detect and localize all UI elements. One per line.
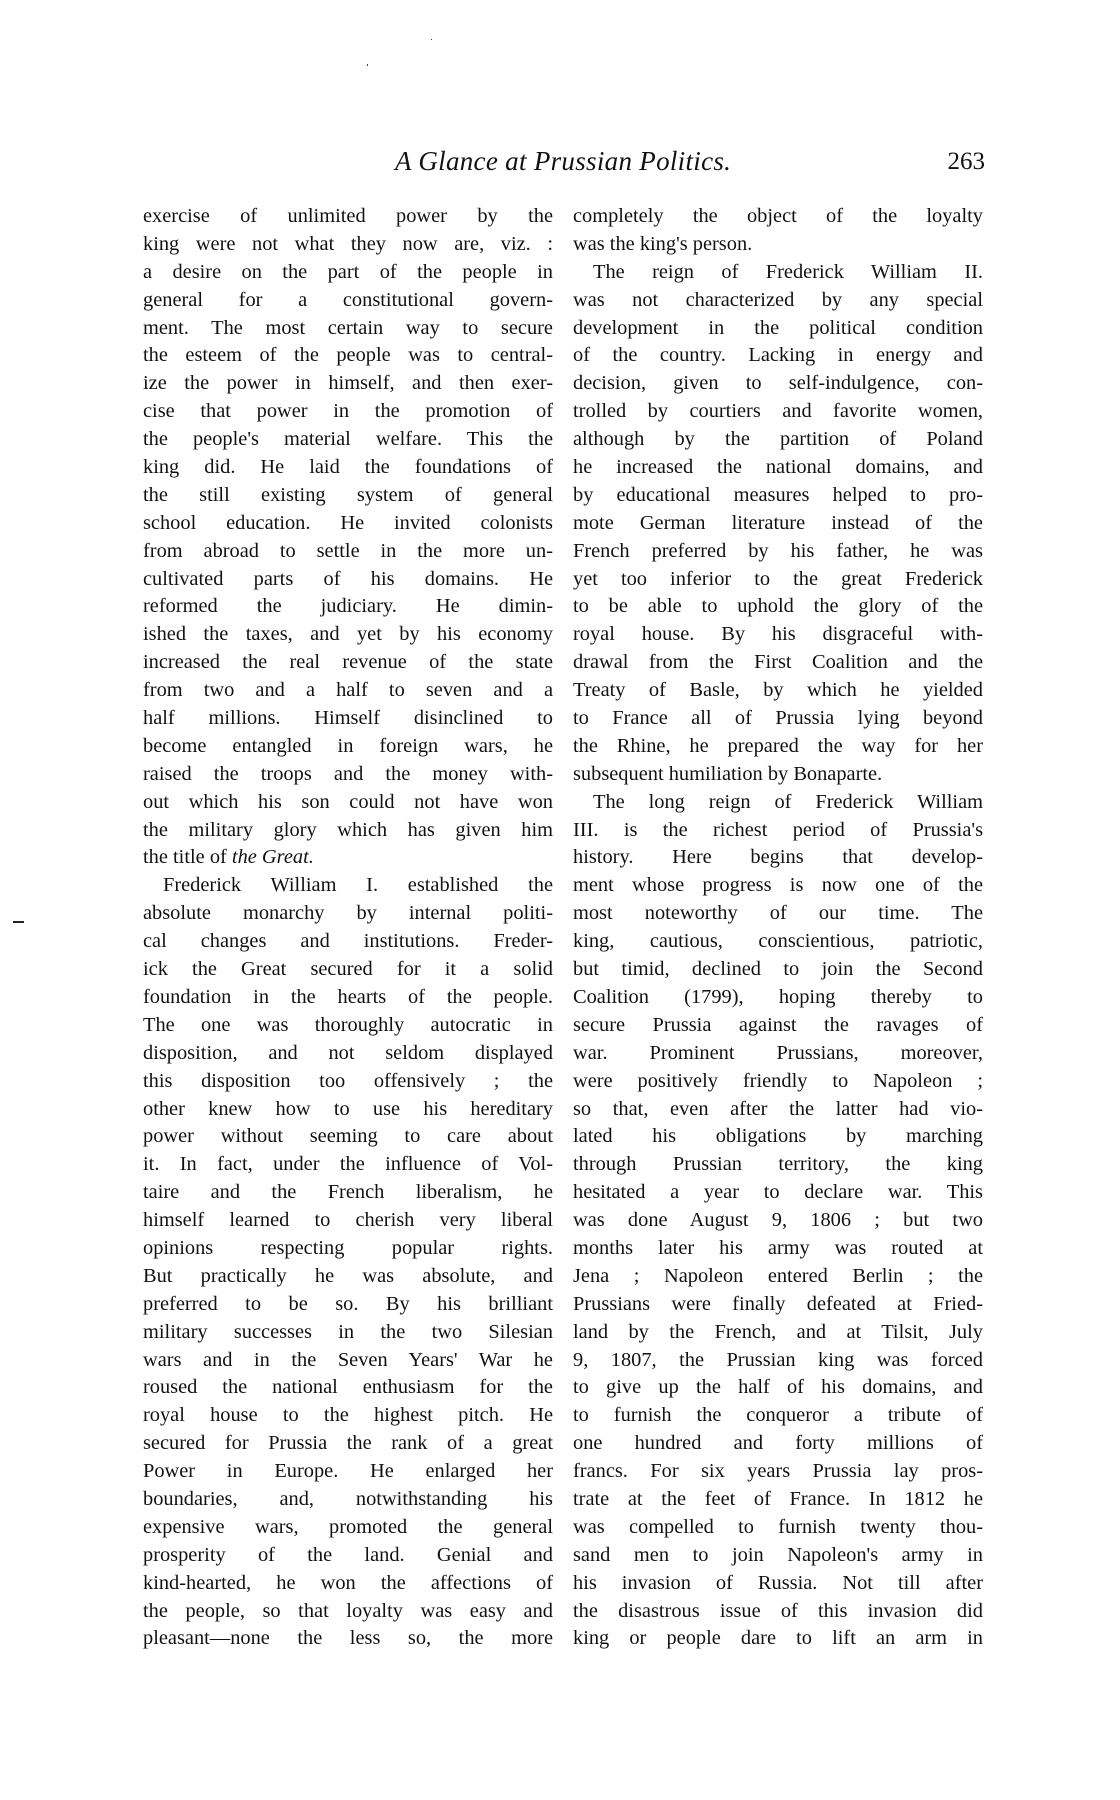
page-header: A Glance at Prussian Politics. 263: [143, 146, 985, 180]
text-line: school education. He invited colonists: [143, 510, 553, 538]
text-line: trolled by courtiers and favorite women,: [573, 398, 983, 426]
line-text: king or people dare to lift an arm in: [573, 1627, 983, 1649]
line-text: III. is the richest period of Prussia's: [573, 819, 983, 841]
line-text: But practically he was absolute, and: [143, 1265, 553, 1287]
text-line: mote German literature instead of the: [573, 510, 983, 538]
line-text: raised the troops and the money with-: [143, 763, 553, 785]
text-line: to give up the half of his domains, and: [573, 1374, 983, 1402]
text-line: half millions. Himself disinclined to: [143, 705, 553, 733]
text-line: kind-hearted, he won the affections of: [143, 1570, 553, 1598]
line-text: military successes in the two Silesian: [143, 1321, 553, 1343]
line-text: The reign of Frederick William II.: [593, 261, 983, 283]
text-line: war. Prominent Prussians, moreover,: [573, 1040, 983, 1068]
right-text-column: completely the object of the loyaltywas …: [573, 203, 983, 1653]
text-line: other knew how to use his hereditary: [143, 1096, 553, 1124]
line-text: completely the object of the loyalty: [573, 205, 983, 227]
text-line: royal house to the highest pitch. He: [143, 1402, 553, 1430]
line-text: reformed the judiciary. He dimin-: [143, 595, 553, 617]
line-text: land by the French, and at Tilsit, July: [573, 1321, 983, 1343]
line-text: increased the real revenue of the state: [143, 651, 553, 673]
text-line: most noteworthy of our time. The: [573, 900, 983, 928]
line-text: mote German literature instead of the: [573, 512, 983, 534]
line-text: Prussians were finally defeated at Fried…: [573, 1293, 983, 1315]
text-line: yet too inferior to the great Frederick: [573, 566, 983, 594]
line-text: by educational measures helped to pro-: [573, 484, 983, 506]
text-line: months later his army was routed at: [573, 1235, 983, 1263]
line-text: kind-hearted, he won the affections of: [143, 1572, 553, 1594]
text-line: of the country. Lacking in energy and: [573, 342, 983, 370]
text-line: although by the partition of Poland: [573, 426, 983, 454]
text-line: the people's material welfare. This the: [143, 426, 553, 454]
line-text: The long reign of Frederick William: [593, 791, 983, 813]
line-text: decision, given to self-indulgence, con-: [573, 372, 983, 394]
text-line: land by the French, and at Tilsit, July: [573, 1319, 983, 1347]
text-line: wars and in the Seven Years' War he: [143, 1347, 553, 1375]
line-text: to be able to uphold the glory of the: [573, 595, 983, 617]
text-line: roused the national enthusiasm for the: [143, 1374, 553, 1402]
line-text: months later his army was routed at: [573, 1237, 983, 1259]
page-number: 263: [948, 148, 986, 176]
line-text: ished the taxes, and yet by his economy: [143, 623, 553, 645]
text-line: raised the troops and the money with-: [143, 761, 553, 789]
line-text: half millions. Himself disinclined to: [143, 707, 553, 729]
text-line: become entangled in foreign wars, he: [143, 733, 553, 761]
text-line: from two and a half to seven and a: [143, 677, 553, 705]
text-line: the title of the Great.: [143, 844, 553, 872]
line-text: preferred to be so. By his brilliant: [143, 1293, 553, 1315]
text-line: taire and the French liberalism, he: [143, 1179, 553, 1207]
text-line: Frederick William I. established the: [143, 872, 553, 900]
line-text: Jena ; Napoleon entered Berlin ; the: [573, 1265, 983, 1287]
text-line: so that, even after the latter had vio-: [573, 1096, 983, 1124]
text-line: hesitated a year to declare war. This: [573, 1179, 983, 1207]
text-line: development in the political condition: [573, 315, 983, 343]
line-text: development in the political condition: [573, 317, 983, 339]
line-text: general for a constitutional govern-: [143, 289, 553, 311]
text-line: foundation in the hearts of the people.: [143, 984, 553, 1012]
text-line: completely the object of the loyalty: [573, 203, 983, 231]
text-line: The reign of Frederick William II.: [573, 259, 983, 287]
text-line: reformed the judiciary. He dimin-: [143, 593, 553, 621]
line-text: was not characterized by any special: [573, 289, 983, 311]
text-line: disposition, and not seldom displayed: [143, 1040, 553, 1068]
text-line: trate at the feet of France. In 1812 he: [573, 1486, 983, 1514]
text-line: was the king's person.: [573, 231, 983, 259]
line-text: Coalition (1799), hoping thereby to: [573, 986, 983, 1008]
text-line: Power in Europe. He enlarged her: [143, 1458, 553, 1486]
text-line: expensive wars, promoted the general: [143, 1514, 553, 1542]
line-text: prosperity of the land. Genial and: [143, 1544, 553, 1566]
text-line: absolute monarchy by internal politi-: [143, 900, 553, 928]
line-text: other knew how to use his hereditary: [143, 1098, 553, 1120]
text-line: power without seeming to care about: [143, 1123, 553, 1151]
line-text: the people's material welfare. This the: [143, 428, 553, 450]
line-text: he increased the national domains, and: [573, 456, 983, 478]
line-text: the people, so that loyalty was easy and: [143, 1600, 553, 1622]
text-line: cise that power in the promotion of: [143, 398, 553, 426]
text-line: to France all of Prussia lying beyond: [573, 705, 983, 733]
text-line: the military glory which has given him: [143, 817, 553, 845]
text-line: but timid, declined to join the Second: [573, 956, 983, 984]
text-line: decision, given to self-indulgence, con-: [573, 370, 983, 398]
line-text: but timid, declined to join the Second: [573, 958, 983, 980]
line-text: ment. The most certain way to secure: [143, 317, 553, 339]
line-text: trolled by courtiers and favorite women,: [573, 400, 983, 422]
text-line: Coalition (1799), hoping thereby to: [573, 984, 983, 1012]
line-text: it. In fact, under the influence of Vol-: [143, 1153, 553, 1175]
text-line: this disposition too offensively ; the: [143, 1068, 553, 1096]
line-text: sand men to join Napoleon's army in: [573, 1544, 983, 1566]
line-text: out which his son could not have won: [143, 791, 553, 813]
text-line: Treaty of Basle, by which he yielded: [573, 677, 983, 705]
line-text: exercise of unlimited power by the: [143, 205, 553, 227]
text-line: out which his son could not have won: [143, 789, 553, 817]
text-line: 9, 1807, the Prussian king was forced: [573, 1347, 983, 1375]
text-line: it. In fact, under the influence of Vol-: [143, 1151, 553, 1179]
text-line: king did. He laid the foundations of: [143, 454, 553, 482]
line-text: ize the power in himself, and then exer-: [143, 372, 553, 394]
line-text: king, cautious, conscientious, patriotic…: [573, 930, 983, 952]
line-text: taire and the French liberalism, he: [143, 1181, 553, 1203]
text-line: ished the taxes, and yet by his economy: [143, 621, 553, 649]
line-text: The one was thoroughly autocratic in: [143, 1014, 553, 1036]
text-line: king, cautious, conscientious, patriotic…: [573, 928, 983, 956]
line-text: were positively friendly to Napoleon ;: [573, 1070, 983, 1092]
line-text: lated his obligations by marching: [573, 1125, 983, 1147]
text-line: was compelled to furnish twenty thou-: [573, 1514, 983, 1542]
line-text: to give up the half of his domains, and: [573, 1376, 983, 1398]
text-line: pleasant—none the less so, the more: [143, 1625, 553, 1653]
text-line: history. Here begins that develop-: [573, 844, 983, 872]
line-text: royal house to the highest pitch. He: [143, 1404, 553, 1426]
text-line: the disastrous issue of this invasion di…: [573, 1598, 983, 1626]
line-text: royal house. By his disgraceful with-: [573, 623, 983, 645]
text-line: was not characterized by any special: [573, 287, 983, 315]
text-line: king or people dare to lift an arm in: [573, 1625, 983, 1653]
scan-speck: [431, 39, 432, 40]
line-text: one hundred and forty millions of: [573, 1432, 983, 1454]
line-text: war. Prominent Prussians, moreover,: [573, 1042, 983, 1064]
line-text: although by the partition of Poland: [573, 428, 983, 450]
line-text: history. Here begins that develop-: [573, 846, 983, 868]
line-text: so that, even after the latter had vio-: [573, 1098, 983, 1120]
line-text: this disposition too offensively ; the: [143, 1070, 553, 1092]
line-text: foundation in the hearts of the people.: [143, 986, 553, 1008]
text-line: from abroad to settle in the more un-: [143, 538, 553, 566]
text-line: was done August 9, 1806 ; but two: [573, 1207, 983, 1235]
line-text: pleasant—none the less so, the more: [143, 1627, 553, 1649]
line-text: ment whose progress is now one of the: [573, 874, 983, 896]
line-text: a desire on the part of the people in: [143, 261, 553, 283]
line-text: from two and a half to seven and a: [143, 679, 553, 701]
text-line: the esteem of the people was to central-: [143, 342, 553, 370]
line-text: school education. He invited colonists: [143, 512, 553, 534]
line-text: was compelled to furnish twenty thou-: [573, 1516, 983, 1538]
text-line: ick the Great secured for it a solid: [143, 956, 553, 984]
text-line: general for a constitutional govern-: [143, 287, 553, 315]
line-text: francs. For six years Prussia lay pros-: [573, 1460, 983, 1482]
text-line: were positively friendly to Napoleon ;: [573, 1068, 983, 1096]
line-text: become entangled in foreign wars, he: [143, 735, 553, 757]
running-title: A Glance at Prussian Politics.: [395, 146, 731, 177]
line-text: power without seeming to care about: [143, 1125, 553, 1147]
line-text: boundaries, and, notwithstanding his: [143, 1488, 553, 1510]
book-page: A Glance at Prussian Politics. 263 exerc…: [0, 0, 1120, 1800]
line-text: Treaty of Basle, by which he yielded: [573, 679, 983, 701]
text-line: drawal from the First Coalition and the: [573, 649, 983, 677]
text-line: to furnish the conqueror a tribute of: [573, 1402, 983, 1430]
text-line: ize the power in himself, and then exer-: [143, 370, 553, 398]
left-text-column: exercise of unlimited power by theking w…: [143, 203, 553, 1653]
line-text: of the country. Lacking in energy and: [573, 344, 983, 366]
line-text: trate at the feet of France. In 1812 he: [573, 1488, 983, 1510]
text-line: French preferred by his father, he was: [573, 538, 983, 566]
text-line: But practically he was absolute, and: [143, 1263, 553, 1291]
text-line: The long reign of Frederick William: [573, 789, 983, 817]
text-line: through Prussian territory, the king: [573, 1151, 983, 1179]
text-line: Jena ; Napoleon entered Berlin ; the: [573, 1263, 983, 1291]
line-text: secured for Prussia the rank of a great: [143, 1432, 553, 1454]
line-text: the disastrous issue of this invasion di…: [573, 1600, 983, 1622]
text-line: Prussians were finally defeated at Fried…: [573, 1291, 983, 1319]
line-text: his invasion of Russia. Not till after: [573, 1572, 983, 1594]
line-text: disposition, and not seldom displayed: [143, 1042, 553, 1064]
text-line: military successes in the two Silesian: [143, 1319, 553, 1347]
line-text: the title of: [143, 846, 232, 868]
text-line: a desire on the part of the people in: [143, 259, 553, 287]
line-text: to furnish the conqueror a tribute of: [573, 1404, 983, 1426]
line-text: 9, 1807, the Prussian king was forced: [573, 1349, 983, 1371]
text-line: increased the real revenue of the state: [143, 649, 553, 677]
text-line: he increased the national domains, and: [573, 454, 983, 482]
text-line: prosperity of the land. Genial and: [143, 1542, 553, 1570]
text-line: opinions respecting popular rights.: [143, 1235, 553, 1263]
text-line: subsequent humiliation by Bonaparte.: [573, 761, 983, 789]
text-line: the Rhine, he prepared the way for her: [573, 733, 983, 761]
text-line: his invasion of Russia. Not till after: [573, 1570, 983, 1598]
line-text: French preferred by his father, he was: [573, 540, 983, 562]
line-text: Frederick William I. established the: [163, 874, 553, 896]
line-text: king did. He laid the foundations of: [143, 456, 553, 478]
line-text: from abroad to settle in the more un-: [143, 540, 553, 562]
text-line: ment whose progress is now one of the: [573, 872, 983, 900]
text-line: boundaries, and, notwithstanding his: [143, 1486, 553, 1514]
text-line: francs. For six years Prussia lay pros-: [573, 1458, 983, 1486]
line-text: cal changes and institutions. Freder-: [143, 930, 553, 952]
line-text: ick the Great secured for it a solid: [143, 958, 553, 980]
line-text: the Rhine, he prepared the way for her: [573, 735, 983, 757]
line-text: most noteworthy of our time. The: [573, 902, 983, 924]
text-line: one hundred and forty millions of: [573, 1430, 983, 1458]
margin-mark: [13, 921, 24, 923]
line-text: opinions respecting popular rights.: [143, 1237, 553, 1259]
text-line: III. is the richest period of Prussia's: [573, 817, 983, 845]
text-line: the still existing system of general: [143, 482, 553, 510]
scan-speck: [367, 64, 368, 66]
line-text: was done August 9, 1806 ; but two: [573, 1209, 983, 1231]
text-line: secure Prussia against the ravages of: [573, 1012, 983, 1040]
line-text: wars and in the Seven Years' War he: [143, 1349, 553, 1371]
line-text: through Prussian territory, the king: [573, 1153, 983, 1175]
line-text: was the king's person.: [573, 233, 752, 255]
text-line: sand men to join Napoleon's army in: [573, 1542, 983, 1570]
text-line: ment. The most certain way to secure: [143, 315, 553, 343]
text-line: secured for Prussia the rank of a great: [143, 1430, 553, 1458]
line-text: subsequent humiliation by Bonaparte.: [573, 763, 882, 785]
text-line: by educational measures helped to pro-: [573, 482, 983, 510]
italic-text: the Great.: [232, 846, 314, 868]
text-line: preferred to be so. By his brilliant: [143, 1291, 553, 1319]
text-line: the people, so that loyalty was easy and: [143, 1598, 553, 1626]
line-text: absolute monarchy by internal politi-: [143, 902, 553, 924]
line-text: cise that power in the promotion of: [143, 400, 553, 422]
text-line: king were not what they now are, viz. :: [143, 231, 553, 259]
line-text: secure Prussia against the ravages of: [573, 1014, 983, 1036]
line-text: roused the national enthusiasm for the: [143, 1376, 553, 1398]
text-line: royal house. By his disgraceful with-: [573, 621, 983, 649]
line-text: to France all of Prussia lying beyond: [573, 707, 983, 729]
text-line: cultivated parts of his domains. He: [143, 566, 553, 594]
line-text: the military glory which has given him: [143, 819, 553, 841]
line-text: king were not what they now are, viz. :: [143, 233, 553, 255]
text-line: himself learned to cherish very liberal: [143, 1207, 553, 1235]
text-line: The one was thoroughly autocratic in: [143, 1012, 553, 1040]
line-text: yet too inferior to the great Frederick: [573, 568, 983, 590]
text-line: lated his obligations by marching: [573, 1123, 983, 1151]
line-text: the still existing system of general: [143, 484, 553, 506]
line-text: hesitated a year to declare war. This: [573, 1181, 983, 1203]
line-text: expensive wars, promoted the general: [143, 1516, 553, 1538]
text-line: to be able to uphold the glory of the: [573, 593, 983, 621]
line-text: drawal from the First Coalition and the: [573, 651, 983, 673]
line-text: the esteem of the people was to central-: [143, 344, 553, 366]
text-line: exercise of unlimited power by the: [143, 203, 553, 231]
text-line: cal changes and institutions. Freder-: [143, 928, 553, 956]
line-text: himself learned to cherish very liberal: [143, 1209, 553, 1231]
line-text: cultivated parts of his domains. He: [143, 568, 553, 590]
line-text: Power in Europe. He enlarged her: [143, 1460, 553, 1482]
